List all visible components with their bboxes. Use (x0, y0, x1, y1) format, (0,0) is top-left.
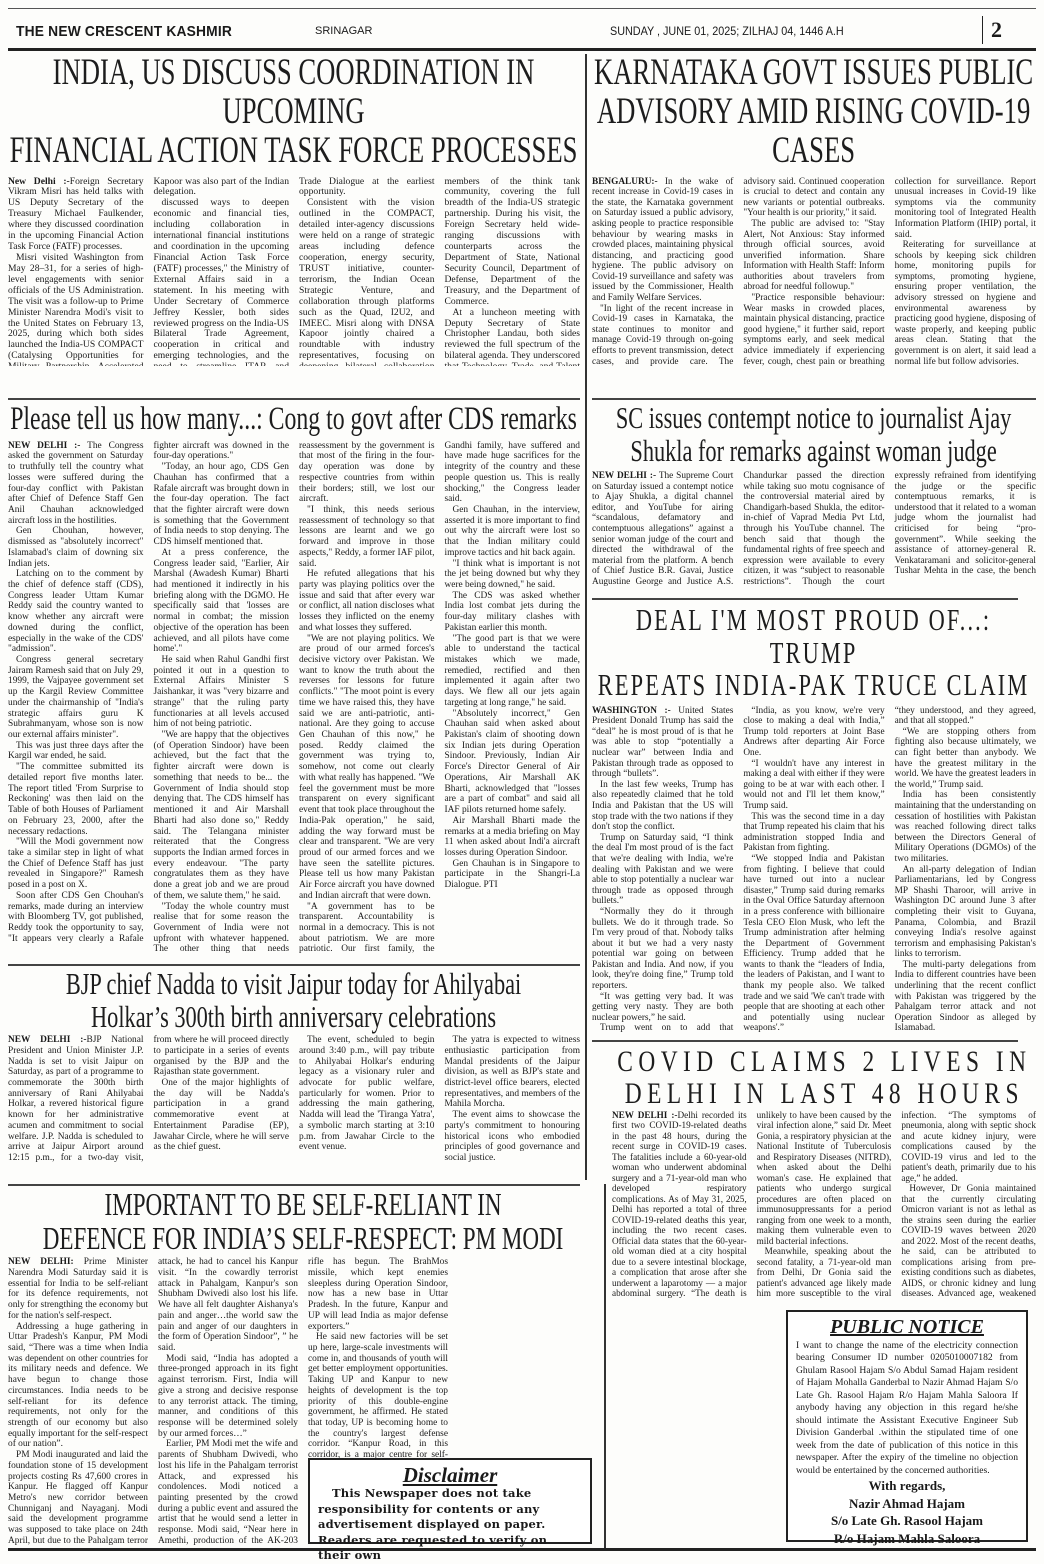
headline-line: IMPORTANT TO BE SELF-RELIANT IN (8, 1188, 598, 1222)
paragraph: India has been consistently maintaining … (895, 790, 1036, 864)
paragraph: “I wouldn't have any interest in making … (743, 759, 884, 812)
newspaper-page: THE NEW CRESCENT KASHMIR SRINAGAR SUNDAY… (8, 8, 1036, 1558)
article-fatf: INDIA, US DISCUSS COORDINATION IN UPCOMI… (8, 54, 580, 366)
dateline: NEW DELHI :- (8, 1035, 87, 1045)
paragraph-text: Foreign Secretary Vikram Misri has held … (8, 176, 144, 253)
paragraph: Addressing a huge gathering in Uttar Pra… (8, 1322, 148, 1451)
paragraph: "We are not playing politics. We are pro… (299, 634, 435, 902)
dateline: New Delhi :- (8, 176, 70, 187)
city: SRINAGAR (315, 25, 372, 37)
paragraph: He said when Rahul Gandhi first pointed … (154, 655, 290, 730)
bottom-rule (8, 1548, 1036, 1551)
paragraph: Trump went on to add that Pakistani repr… (592, 1023, 733, 1034)
article-body: BENGALURU:- In the wake of recent increa… (592, 177, 1036, 366)
article-karnataka: KARNATAKA GOVT ISSUES PUBLIC ADVISORY AM… (592, 54, 1036, 366)
paragraph: WASHINGTON :- United States President Do… (592, 706, 733, 780)
article-body: NEW DELHI :-BJP National President and U… (8, 1035, 580, 1171)
headline: IMPORTANT TO BE SELF-RELIANT IN DEFENCE … (8, 1188, 598, 1255)
paragraph: “We are stopping others from fighting al… (895, 727, 1036, 791)
headline-line: KARNATAKA GOVT ISSUES PUBLIC (592, 54, 1036, 93)
paragraph: “We stopped India and Pakistan from figh… (743, 854, 884, 1034)
headline-line: DEAL I'M MOST PROUD OF...: TRUMP (592, 604, 1036, 669)
paragraph: This was just three days after the Kargi… (8, 741, 144, 762)
dateline: NEW DELHI: (8, 1257, 74, 1267)
headline: DEAL I'M MOST PROUD OF...: TRUMP REPEATS… (592, 604, 1036, 702)
headline: SC issues contempt notice to journalist … (592, 402, 1036, 467)
public-notice-name: Nazir Ahmad Hajam (796, 1495, 1018, 1513)
paragraph: "The good part is that we were able to u… (445, 634, 581, 709)
section-rule (592, 598, 1018, 600)
article-body: NEW DELHI :- The Congress asked the gove… (8, 441, 580, 957)
paper-name: THE NEW CRESCENT KASHMIR (16, 23, 232, 40)
public-notice-parentage: S/o Late Gh. Rasool Hajam (796, 1512, 1018, 1530)
dateline: NEW DELHI :- (8, 441, 80, 451)
section-rule (8, 1184, 580, 1186)
paragraph: "Will the Modi government now take a sim… (8, 837, 144, 891)
public-notice-residence: R/o Hajam Mahla Saloora (796, 1530, 1018, 1548)
headline: KARNATAKA GOVT ISSUES PUBLIC ADVISORY AM… (592, 54, 1036, 171)
paragraph: "Absolutely incorrect," Gen Chauhan said… (445, 709, 581, 816)
paragraph-text: United States President Donald Trump has… (592, 706, 733, 780)
paragraph: "Today, an hour ago, CDS Gen Chauhan has… (154, 462, 290, 548)
headline-line: ADVISORY AMID RISING COVID-19 CASES (592, 93, 1036, 171)
paragraph: "The committee submitted its detailed re… (8, 762, 144, 837)
dateline: BENGALURU:- (592, 177, 658, 187)
paragraph: Modi said, “India has adopted a three-pr… (158, 1354, 298, 1440)
top-rule (8, 8, 1036, 9)
headline: INDIA, US DISCUSS COORDINATION IN UPCOMI… (8, 54, 580, 171)
paragraph: This was the second time in a day that T… (743, 812, 884, 854)
paragraph: NEW DELHI :- The Supreme Court on Saturd… (592, 471, 1036, 590)
paragraph-text: The Supreme Court on Saturday issued a c… (592, 471, 1036, 587)
headline: COVID CLAIMS 2 LIVES IN DELHI IN LAST 48… (612, 1046, 1035, 1109)
public-notice-signoff: With regards, (796, 1477, 1018, 1495)
headline: Please tell us how many...: Cong to govt… (8, 402, 580, 437)
dateline: NEW DELHI :- (612, 1110, 677, 1120)
page-number: 2 (982, 16, 1002, 44)
headline-line: COVID CLAIMS 2 LIVES IN (612, 1046, 1035, 1078)
paragraph: The yatra is expected to witness enthusi… (445, 1035, 581, 1110)
paragraph: “It was getting very bad. It was getting… (592, 992, 733, 1024)
paragraph: “India, as you know, we're very close to… (743, 706, 884, 759)
paragraph: Congress general secretary Jairam Ramesh… (8, 655, 144, 741)
headline-line: Shukla for remarks against woman judge (592, 435, 1036, 468)
section-rule (592, 398, 1036, 400)
paragraph: The multi-party delegations from India t… (895, 960, 1036, 1034)
paragraph: In the last few weeks, Trump has also re… (592, 780, 733, 833)
issue-date: SUNDAY , JUNE 01, 2025; ZILHAJ 04, 1446 … (610, 24, 844, 38)
dateline: NEW DELHI :- (592, 471, 656, 481)
headline-line: DELHI IN LAST 48 HOURS (612, 1078, 1035, 1110)
paragraph: Trump on Saturday said, “I think the dea… (592, 833, 733, 907)
public-notice-text: I want to change the name of the electri… (796, 1340, 1018, 1477)
paragraph: The CDS was asked whether India lost com… (445, 591, 581, 634)
paragraph: The public are advised to: "Stay Alert, … (743, 219, 884, 293)
headline-line: SC issues contempt notice to journalist … (592, 402, 1036, 435)
paragraph: One of the major highlights of the day w… (154, 1078, 290, 1153)
paragraph: Gen Chauhan is in Singapore to participa… (445, 859, 581, 891)
paragraph: New Delhi :-Foreign Secretary Vikram Mis… (8, 177, 144, 253)
article-body: NEW DELHI :- The Supreme Court on Saturd… (592, 471, 1036, 590)
masthead: THE NEW CRESCENT KASHMIR SRINAGAR SUNDAY… (8, 18, 1036, 44)
masthead-rule (8, 48, 1036, 51)
article-sc: SC issues contempt notice to journalist … (592, 402, 1036, 590)
headline-line: DEFENCE FOR INDIA’S SELF-RESPECT: PM MOD… (8, 1222, 598, 1256)
article-body: New Delhi :-Foreign Secretary Vikram Mis… (8, 177, 580, 366)
article-body: NEW DELHI :-Delhi recorded its first two… (612, 1110, 1036, 1302)
paragraph: Gen Chauhan, in the interview, asserted … (445, 505, 581, 559)
paragraph: NEW DELHI: Prime Minister Narendra Modi … (8, 1257, 148, 1321)
paragraph: An all-party delegation of Indian Parlia… (895, 865, 1036, 960)
article-cong: Please tell us how many...: Cong to govt… (8, 402, 580, 962)
paragraph-text: The Congress asked the government on Sat… (8, 441, 144, 526)
paragraph: The event, scheduled to begin around 3:4… (299, 1035, 435, 1153)
public-notice-box: PUBLIC NOTICE I want to change the name … (786, 1310, 1028, 1542)
column-divider (604, 1184, 606, 1548)
article-body: WASHINGTON :- United States President Do… (592, 706, 1036, 1034)
paragraph: "I think what is important is not the je… (445, 559, 581, 591)
paragraph: The event aims to showcase the party's c… (445, 1110, 581, 1164)
paragraph: He refuted allegations that his party wa… (299, 569, 435, 633)
paragraph: Latching on to the comment by the chief … (8, 569, 144, 655)
paragraph: BENGALURU:- In the wake of recent increa… (592, 177, 733, 304)
disclaimer-text: This Newspaper does not take responsibil… (318, 1486, 582, 1564)
column-divider (585, 54, 587, 1180)
paragraph: “Normally they do it through bullets. We… (592, 907, 733, 992)
paragraph: At a press conference, the Congress lead… (154, 548, 290, 655)
headline-line: FINANCIAL ACTION TASK FORCE PROCESSES (8, 132, 580, 171)
headline-line: Holkar’s 300th birth anniversary celebra… (8, 1001, 580, 1034)
paragraph: At a luncheon meeting with Deputy Secret… (445, 308, 581, 366)
dateline: WASHINGTON :- (592, 706, 671, 716)
paragraph-text: In the wake of recent increase in Covid-… (592, 177, 733, 304)
section-rule (592, 1040, 1018, 1042)
paragraph: NEW DELHI :- The Congress asked the gove… (8, 441, 144, 527)
article-trump: DEAL I'M MOST PROUD OF...: TRUMP REPEATS… (592, 604, 1036, 1034)
paragraph: Gen Chouhan, however, dismissed as "abso… (8, 526, 144, 569)
paragraph: "We are happy that the objectives (of Op… (154, 730, 290, 902)
section-rule (8, 398, 580, 400)
paragraph: Air Marshall Bharti made the remarks at … (445, 816, 581, 859)
disclaimer-box: Disclaimer This Newspaper does not take … (308, 1458, 592, 1544)
section-rule (8, 964, 580, 966)
headline: BJP chief Nadda to visit Jaipur today fo… (8, 968, 580, 1033)
paragraph: "I think, this needs serious reassessmen… (299, 505, 435, 569)
public-notice-title: PUBLIC NOTICE (796, 1316, 1018, 1338)
headline-line: INDIA, US DISCUSS COORDINATION IN UPCOMI… (8, 54, 580, 132)
disclaimer-title: Disclaimer (318, 1464, 582, 1486)
headline-line: REPEATS INDIA-PAK TRUCE CLAIM (592, 669, 1036, 702)
article-nadda: BJP chief Nadda to visit Jaipur today fo… (8, 968, 580, 1176)
paragraph: Reiterating for surveillance at schools … (895, 240, 1036, 366)
article-covid-delhi-body: NEW DELHI :-Delhi recorded its first two… (612, 1110, 1036, 1302)
headline-line: BJP chief Nadda to visit Jaipur today fo… (8, 968, 580, 1001)
